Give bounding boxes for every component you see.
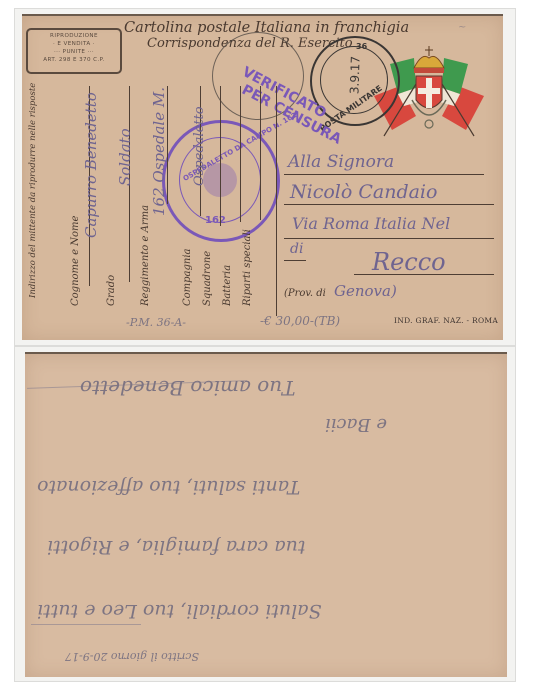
province-label: (Prov. di bbox=[284, 288, 326, 299]
address-city: Recco bbox=[372, 248, 446, 276]
printer-imprint: IND. GRAF. NAZ. - ROMA bbox=[394, 316, 498, 325]
hospital-stamp: OSPEDALETTO DA CAMPO N. 162 162 bbox=[162, 120, 280, 242]
label-grado: Grado bbox=[106, 275, 117, 306]
repro-line: · E VENDITA · bbox=[28, 40, 120, 48]
sender-name-handwritten: Capurro Benedetto bbox=[82, 92, 100, 238]
label-riparti: Riparti speciali bbox=[242, 229, 253, 306]
pencil-note-price: -€ 30,00-(TB) bbox=[260, 314, 340, 328]
address-city-prefix: di bbox=[290, 241, 303, 257]
label-batteria: Batteria bbox=[222, 265, 233, 306]
address-line2: Nicolò Candaio bbox=[290, 181, 437, 203]
postmark-number: 36 bbox=[356, 42, 367, 51]
sender-caption: Indirizzo del mittente da riprodurre nel… bbox=[28, 83, 38, 298]
repro-line: ··· PUNITE ··· bbox=[28, 48, 120, 56]
label-reggimento: Reggimento e Arma bbox=[140, 205, 151, 306]
reproduction-notice: RIPRODUZIONE · E VENDITA · ··· PUNITE ··… bbox=[26, 28, 122, 74]
repro-line: RIPRODUZIONE bbox=[28, 32, 120, 40]
pencil-note-pm: -P.M. 36-A- bbox=[126, 316, 186, 329]
message-line: e Bacii bbox=[325, 414, 387, 435]
address-line3: Via Roma Italia Nel bbox=[292, 214, 450, 233]
message-footer: Scritto il giorno 20-9-17 bbox=[65, 650, 199, 663]
pencil-scribble: ~ bbox=[458, 22, 466, 33]
message-line: Tanti saluti, tuo affezionato bbox=[37, 476, 300, 498]
label-compagnia: Compagnia bbox=[182, 248, 193, 306]
postcard-front: RIPRODUZIONE · E VENDITA · ··· PUNITE ··… bbox=[22, 14, 503, 340]
address-line1: Alla Signora bbox=[288, 152, 394, 172]
label-cognome-nome: Cognome e Nome bbox=[70, 216, 81, 306]
sender-unit-handwritten: Ospedaletto bbox=[192, 106, 207, 186]
address-province: Genova) bbox=[334, 282, 397, 300]
label-squadrone: Squadrone bbox=[202, 251, 213, 306]
message-line: Saluti cordiali, tuo Leo e tutti bbox=[37, 600, 322, 622]
postcard-back: Tuo amico Benedetto e Bacii Tanti saluti… bbox=[25, 352, 507, 677]
sender-grade-handwritten: Soldato bbox=[116, 128, 134, 186]
sender-regiment-handwritten: 162 Ospedale M. bbox=[150, 87, 168, 216]
message-line: Tuo amico Benedetto bbox=[80, 376, 296, 400]
message-line: tua cara famiglia, e Rigotti bbox=[47, 536, 305, 558]
postmark-date: 3.9.17 bbox=[347, 50, 363, 100]
repro-line: ART. 298 E 370 C.P. bbox=[28, 56, 120, 64]
hospital-stamp-number: 162 bbox=[205, 215, 226, 226]
